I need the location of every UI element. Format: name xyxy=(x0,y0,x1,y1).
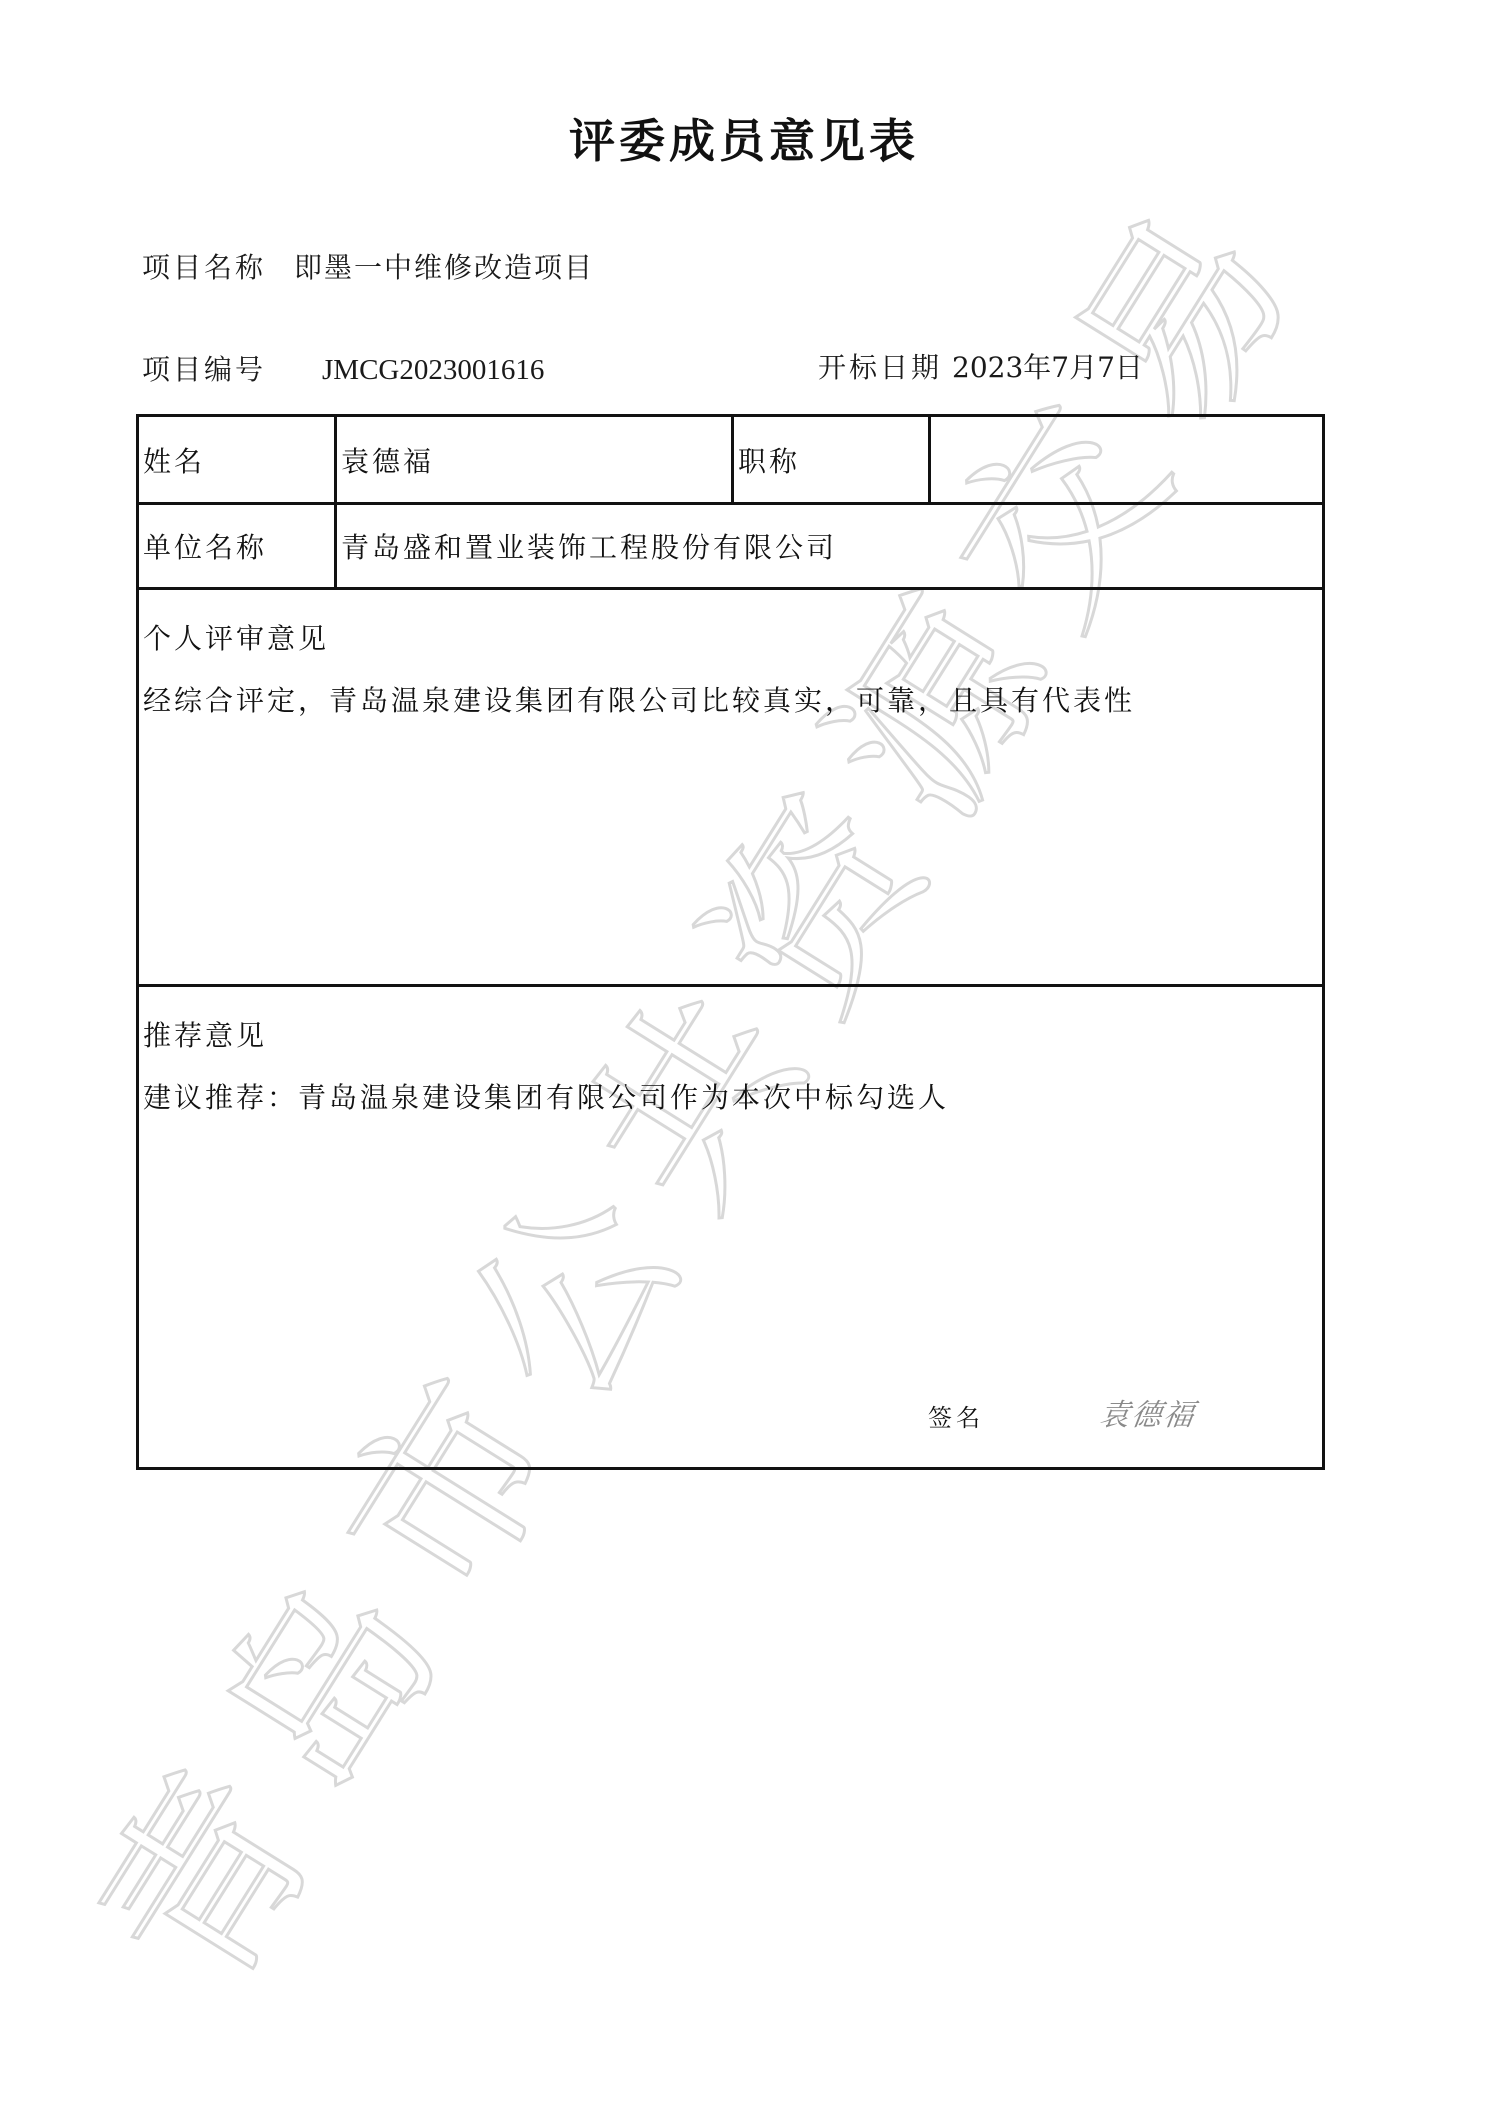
opinion-text: 经综合评定，青岛温泉建设集团有限公司比较真实，可靠，且具有代表性 xyxy=(143,670,1322,732)
opinion-label: 个人评审意见 xyxy=(143,608,1322,670)
project-name-label: 项目名称 xyxy=(142,246,266,286)
org-label: 单位名称 xyxy=(138,504,336,589)
project-code-label: 项目编号 xyxy=(142,348,266,388)
name-row: 姓名 袁德福 职称 xyxy=(138,416,1324,504)
title-label: 职称 xyxy=(733,416,930,504)
opinion-form-table: 姓名 袁德福 职称 单位名称 青岛盛和置业装饰工程股份有限公司 个人评审意见 经… xyxy=(136,414,1325,1470)
name-label: 姓名 xyxy=(138,416,336,504)
opinion-row: 个人评审意见 经综合评定，青岛温泉建设集团有限公司比较真实，可靠，且具有代表性 xyxy=(138,589,1324,986)
project-code-value: JMCG2023001616 xyxy=(322,354,544,387)
name-value: 袁德福 xyxy=(336,416,733,504)
recommend-label: 推荐意见 xyxy=(143,1005,1322,1067)
sign-label: 签名 xyxy=(928,1398,984,1433)
org-value: 青岛盛和置业装饰工程股份有限公司 xyxy=(336,504,1324,589)
opinion-cell: 个人评审意见 经综合评定，青岛温泉建设集团有限公司比较真实，可靠，且具有代表性 xyxy=(138,589,1324,986)
project-name-line: 项目名称即墨一中维修改造项目 xyxy=(142,246,594,286)
signature: 袁德福 xyxy=(1097,1390,1199,1434)
project-name-value: 即墨一中维修改造项目 xyxy=(294,246,594,286)
bid-date-value: 2023年7月7日 xyxy=(952,346,1143,386)
title-value xyxy=(930,416,1324,504)
bid-date-label: 开标日期 xyxy=(818,346,942,386)
page-title: 评委成员意见表 xyxy=(0,105,1488,171)
project-code-line: 项目编号JMCG2023001616 xyxy=(142,348,544,388)
org-row: 单位名称 青岛盛和置业装饰工程股份有限公司 xyxy=(138,504,1324,589)
recommend-text: 建议推荐：青岛温泉建设集团有限公司作为本次中标勾选人 xyxy=(143,1067,1322,1129)
bid-date-line: 开标日期2023年7月7日 xyxy=(818,346,1143,386)
